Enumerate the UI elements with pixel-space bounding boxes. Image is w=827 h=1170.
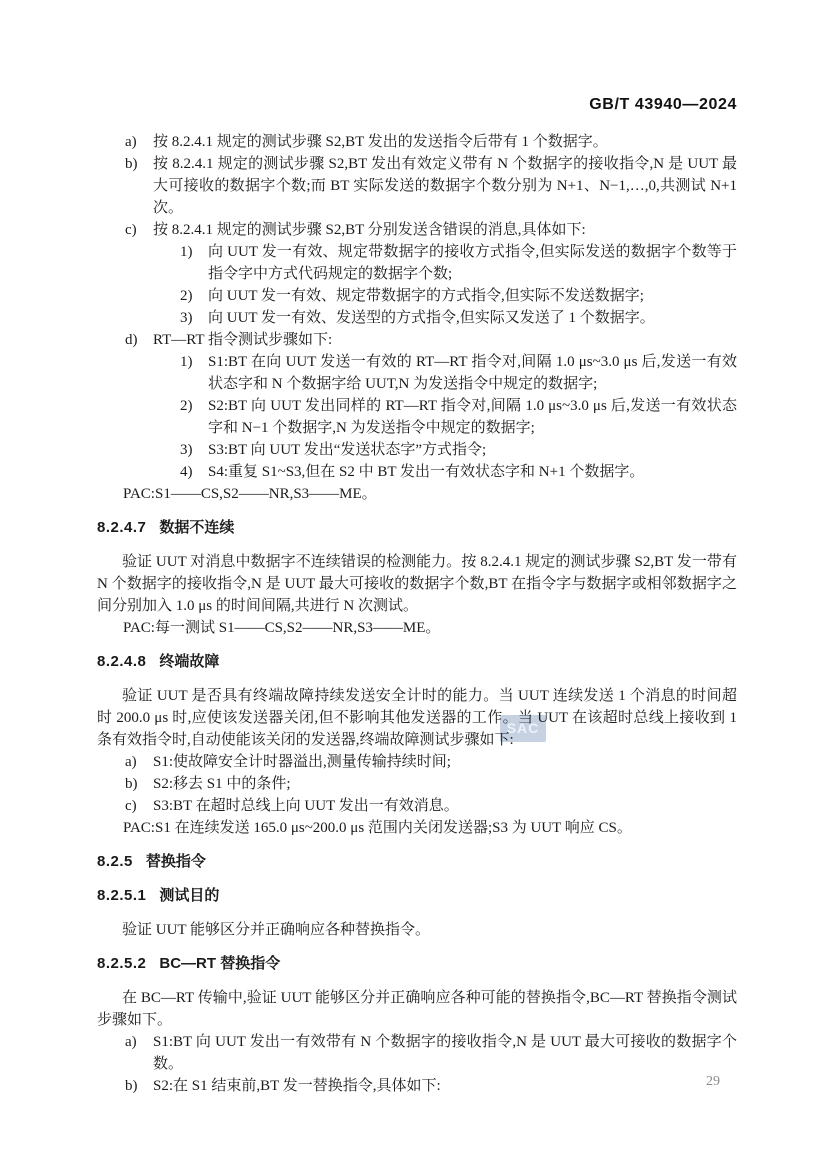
heading-number: 8.2.5 — [97, 853, 133, 870]
heading-title: 终端故障 — [159, 653, 219, 670]
list-marker: 1) — [180, 351, 208, 395]
list-marker: 2) — [180, 395, 208, 439]
list-marker: 4) — [180, 461, 208, 483]
list-text: 按 8.2.4.1 规定的测试步骤 S2,BT 发出的发送指令后带有 1 个数据… — [153, 131, 737, 153]
document-page: GB/T 43940—2024 SAC a)按 8.2.4.1 规定的测试步骤 … — [0, 0, 827, 1170]
list-item: a)S1:BT 向 UUT 发出一有效带有 N 个数据字的接收指令,N 是 UU… — [97, 1031, 737, 1075]
list-text: S2:BT 向 UUT 发出同样的 RT—RT 指令对,间隔 1.0 μs~3.… — [208, 395, 737, 439]
list-text: S2:在 S1 结束前,BT 发一替换指令,具体如下: — [153, 1075, 737, 1097]
list-item: c)按 8.2.4.1 规定的测试步骤 S2,BT 分别发送含错误的消息,具体如… — [97, 219, 737, 241]
sub-list-item: 1)向 UUT 发一有效、规定带数据字的接收方式指令,但实际发送的数据字个数等于… — [97, 241, 737, 285]
sub-list-item: 2)S2:BT 向 UUT 发出同样的 RT—RT 指令对,间隔 1.0 μs~… — [97, 395, 737, 439]
list-text: S2:移去 S1 中的条件; — [153, 773, 737, 795]
list-text: 向 UUT 发一有效、发送型的方式指令,但实际又发送了 1 个数据字。 — [208, 307, 737, 329]
list-item: a)按 8.2.4.1 规定的测试步骤 S2,BT 发出的发送指令后带有 1 个… — [97, 131, 737, 153]
list-marker: 3) — [180, 439, 208, 461]
section-heading: 8.2.4.8终端故障 — [97, 651, 737, 673]
list-item: b)按 8.2.4.1 规定的测试步骤 S2,BT 发出有效定义带有 N 个数据… — [97, 153, 737, 219]
section-heading: 8.2.5替换指令 — [97, 851, 737, 873]
document-content: a)按 8.2.4.1 规定的测试步骤 S2,BT 发出的发送指令后带有 1 个… — [97, 131, 737, 1097]
heading-number: 8.2.5.2 — [97, 955, 146, 972]
list-text: S1:BT 向 UUT 发出一有效带有 N 个数据字的接收指令,N 是 UUT … — [153, 1031, 737, 1075]
list-item: b)S2:移去 S1 中的条件; — [97, 773, 737, 795]
list-marker: b) — [125, 1075, 153, 1097]
list-text: S3:BT 向 UUT 发出“发送状态字”方式指令; — [208, 439, 737, 461]
pac-line: PAC:S1 在连续发送 165.0 μs~200.0 μs 范围内关闭发送器;… — [97, 817, 737, 839]
list-text: 向 UUT 发一有效、规定带数据字的接收方式指令,但实际发送的数据字个数等于指令… — [208, 241, 737, 285]
paragraph: 验证 UUT 是否具有终端故障持续发送安全计时的能力。当 UUT 连续发送 1 … — [97, 685, 737, 751]
section-heading: 8.2.4.7数据不连续 — [97, 517, 737, 539]
pac-line: PAC:S1——CS,S2——NR,S3——ME。 — [97, 483, 737, 505]
pac-line: PAC:每一测试 S1——CS,S2——NR,S3——ME。 — [97, 617, 737, 639]
list-marker: 2) — [180, 285, 208, 307]
section-heading: 8.2.5.1测试目的 — [97, 885, 737, 907]
list-marker: 3) — [180, 307, 208, 329]
list-marker: a) — [125, 1031, 153, 1075]
heading-title: 测试目的 — [159, 887, 219, 904]
page-header: GB/T 43940—2024 — [97, 96, 737, 114]
list-item: c)S3:BT 在超时总线上向 UUT 发出一有效消息。 — [97, 795, 737, 817]
heading-number: 8.2.4.7 — [97, 519, 146, 536]
list-marker: 1) — [180, 241, 208, 285]
sub-list-item: 3)S3:BT 向 UUT 发出“发送状态字”方式指令; — [97, 439, 737, 461]
list-text: 按 8.2.4.1 规定的测试步骤 S2,BT 发出有效定义带有 N 个数据字的… — [153, 153, 737, 219]
list-marker: c) — [125, 795, 153, 817]
list-text: S3:BT 在超时总线上向 UUT 发出一有效消息。 — [153, 795, 737, 817]
list-text: 向 UUT 发一有效、规定带数据字的方式指令,但实际不发送数据字; — [208, 285, 737, 307]
paragraph: 在 BC—RT 传输中,验证 UUT 能够区分并正确响应各种可能的替换指令,BC… — [97, 987, 737, 1031]
heading-number: 8.2.4.8 — [97, 653, 146, 670]
list-text: S1:使故障安全计时器溢出,测量传输持续时间; — [153, 751, 737, 773]
sub-list-item: 4)S4:重复 S1~S3,但在 S2 中 BT 发出一有效状态字和 N+1 个… — [97, 461, 737, 483]
heading-title: 替换指令 — [146, 853, 206, 870]
list-item: b)S2:在 S1 结束前,BT 发一替换指令,具体如下: — [97, 1075, 737, 1097]
list-text: S1:BT 在向 UUT 发送一有效的 RT—RT 指令对,间隔 1.0 μs~… — [208, 351, 737, 395]
heading-title: 数据不连续 — [159, 519, 234, 536]
list-text: RT—RT 指令测试步骤如下: — [153, 329, 737, 351]
paragraph: 验证 UUT 能够区分并正确响应各种替换指令。 — [97, 919, 737, 941]
paragraph: 验证 UUT 对消息中数据字不连续错误的检测能力。按 8.2.4.1 规定的测试… — [97, 551, 737, 617]
list-text: 按 8.2.4.1 规定的测试步骤 S2,BT 分别发送含错误的消息,具体如下: — [153, 219, 737, 241]
list-text: S4:重复 S1~S3,但在 S2 中 BT 发出一有效状态字和 N+1 个数据… — [208, 461, 737, 483]
heading-number: 8.2.5.1 — [97, 887, 146, 904]
sub-list-item: 1)S1:BT 在向 UUT 发送一有效的 RT—RT 指令对,间隔 1.0 μ… — [97, 351, 737, 395]
standard-number: GB/T 43940—2024 — [589, 96, 737, 113]
list-marker: b) — [125, 153, 153, 219]
list-marker: a) — [125, 131, 153, 153]
list-marker: d) — [125, 329, 153, 351]
section-heading: 8.2.5.2BC—RT 替换指令 — [97, 953, 737, 975]
sub-list-item: 3)向 UUT 发一有效、发送型的方式指令,但实际又发送了 1 个数据字。 — [97, 307, 737, 329]
list-marker: c) — [125, 219, 153, 241]
list-item: d)RT—RT 指令测试步骤如下: — [97, 329, 737, 351]
list-marker: a) — [125, 751, 153, 773]
sub-list-item: 2)向 UUT 发一有效、规定带数据字的方式指令,但实际不发送数据字; — [97, 285, 737, 307]
list-marker: b) — [125, 773, 153, 795]
heading-title: BC—RT 替换指令 — [159, 955, 280, 972]
list-item: a)S1:使故障安全计时器溢出,测量传输持续时间; — [97, 751, 737, 773]
